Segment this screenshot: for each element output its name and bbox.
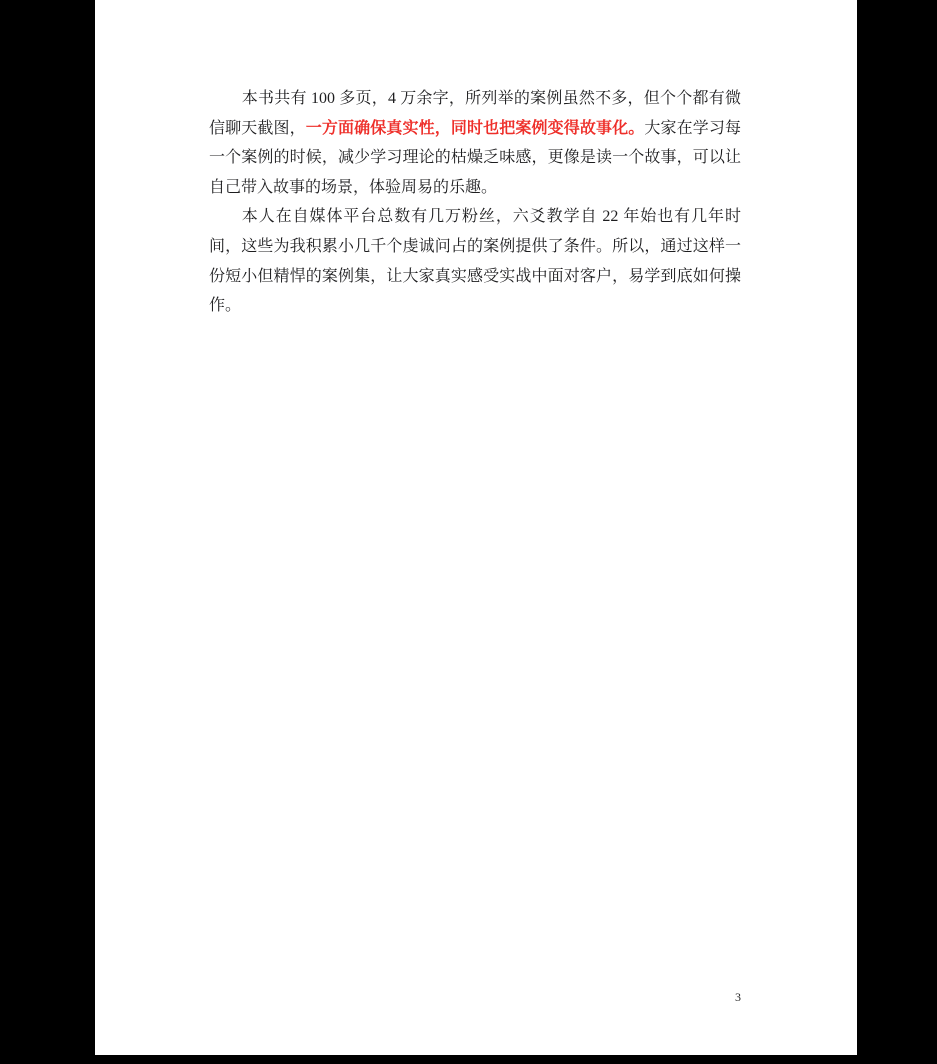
page-number: 3 [735, 990, 741, 1004]
paragraph-2: 本人在自媒体平台总数有几万粉丝，六爻教学自 22 年始也有几年时间，这些为我积累… [209, 202, 741, 320]
page-body-text: 本书共有 100 多页，4 万余字，所列举的案例虽然不多，但个个都有微信聊天截图… [209, 84, 741, 321]
paragraph-1-red-emphasis: 一方面确保真实性，同时也把案例变得故事化。 [306, 120, 645, 137]
paragraph-1: 本书共有 100 多页，4 万余字，所列举的案例虽然不多，但个个都有微信聊天截图… [209, 84, 741, 202]
document-page: 本书共有 100 多页，4 万余字，所列举的案例虽然不多，但个个都有微信聊天截图… [95, 0, 857, 1055]
document-viewer: 本书共有 100 多页，4 万余字，所列举的案例虽然不多，但个个都有微信聊天截图… [0, 0, 937, 1064]
